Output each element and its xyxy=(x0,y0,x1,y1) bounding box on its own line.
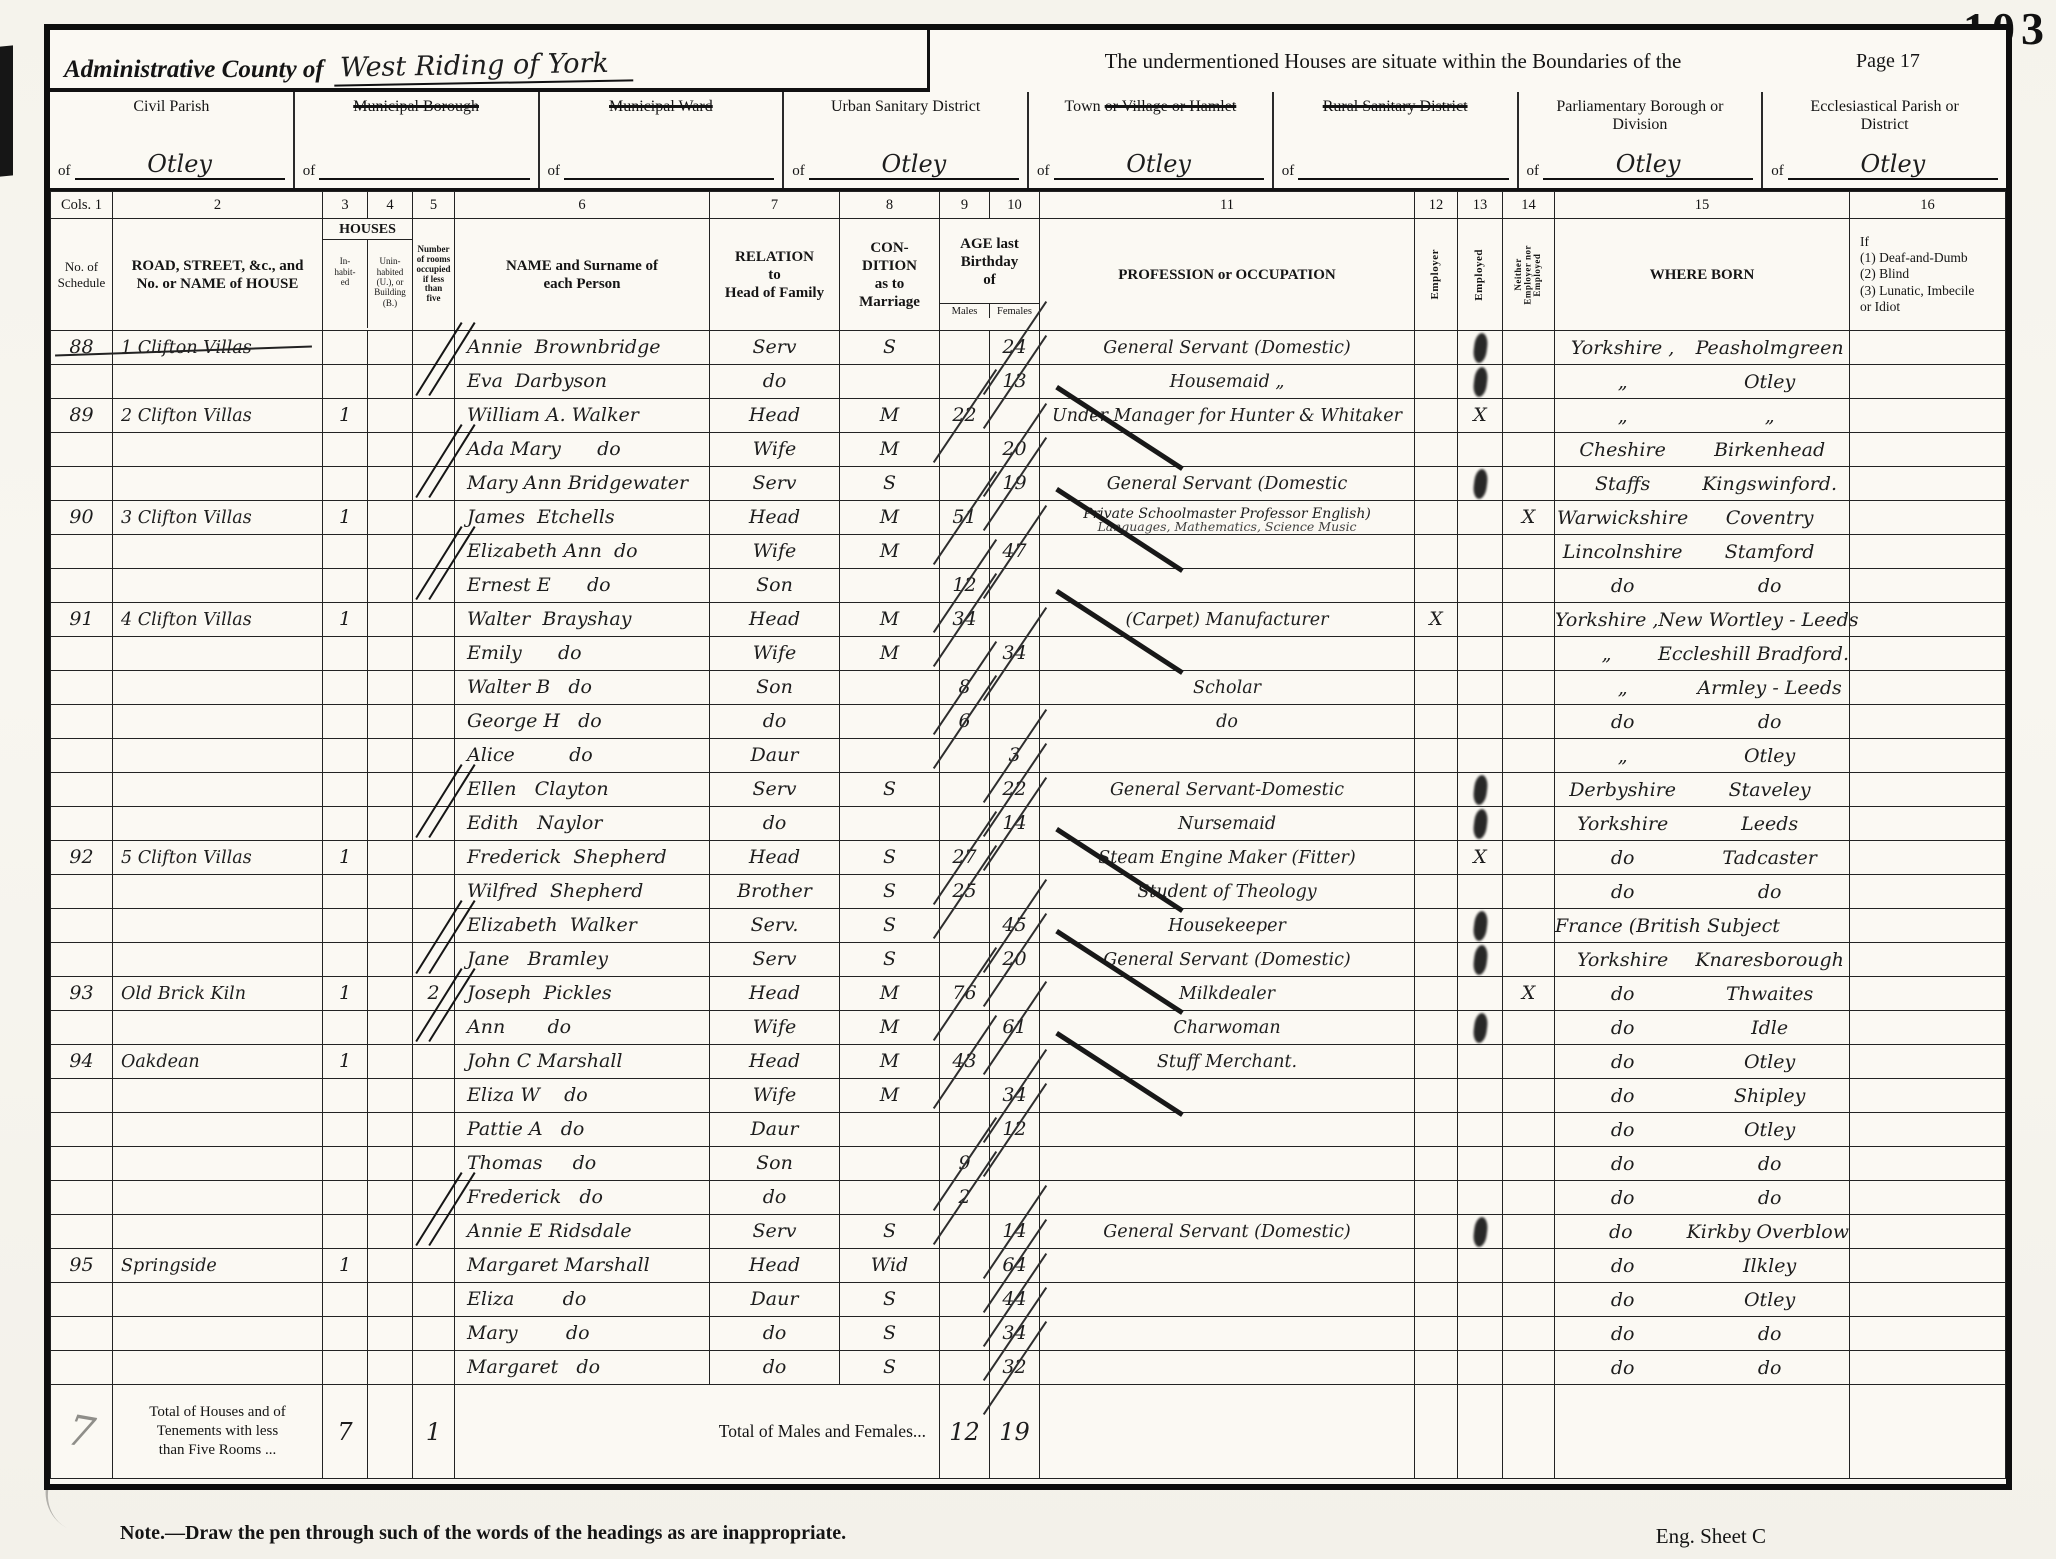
born-wrap: WarwickshireCoventry xyxy=(1555,507,1849,529)
relation-cell-text: do xyxy=(763,370,787,392)
relation-cell-text: Serv xyxy=(752,778,796,800)
condition-cell: S xyxy=(840,467,940,501)
born-place-text: do xyxy=(1690,1187,1849,1209)
infirmity-cell xyxy=(1850,1249,2006,1283)
inhabited-cell xyxy=(323,1351,368,1385)
rooms-cell xyxy=(413,909,455,943)
age-male-cell-text: 2 xyxy=(958,1186,970,1208)
born-cell: Yorkshire ,Peasholmgreen xyxy=(1555,331,1850,365)
of-label: of xyxy=(303,163,316,180)
person-row: Frederick dodo2dodo xyxy=(51,1181,2006,1215)
born-place-text: Knaresborough xyxy=(1690,949,1849,971)
colnum-11: 11 xyxy=(1040,192,1415,219)
born-wrap: DerbyshireStaveley xyxy=(1555,779,1849,801)
occupation-cell: Under Manager for Hunter & Whitaker xyxy=(1040,399,1415,433)
age-female-cell-text: 32 xyxy=(1002,1356,1026,1378)
relation-cell-text: Son xyxy=(756,676,793,698)
born-wrap: „Otley xyxy=(1555,745,1849,767)
household-separator-mark xyxy=(417,964,447,974)
occupation-cell-text: Scholar xyxy=(1193,678,1261,698)
district-cell-3: Urban Sanitary DistrictofOtley xyxy=(784,92,1029,188)
totals-row: 7 Total of Houses and of Tenements with … xyxy=(51,1385,2006,1479)
neither-cell xyxy=(1503,535,1555,569)
occupation-cell xyxy=(1040,1351,1415,1385)
district-value: Otley xyxy=(75,150,285,178)
employer-cell xyxy=(1415,1079,1458,1113)
relation-cell: do xyxy=(710,1317,840,1351)
condition-cell: S xyxy=(840,943,940,977)
person-row: Walter B doSon8Scholar„Armley - Leeds xyxy=(51,671,2006,705)
age-male-cell-text: 25 xyxy=(952,880,976,902)
age-male-cell-text: 76 xyxy=(952,982,976,1004)
infirmity-cell xyxy=(1850,875,2006,909)
relation-cell-text: Son xyxy=(756,574,793,596)
colnum-16: 16 xyxy=(1850,192,2006,219)
condition-cell: Wid xyxy=(840,1249,940,1283)
age-female-cell: 44 xyxy=(990,1283,1040,1317)
born-place-text: Staveley xyxy=(1690,779,1849,801)
age-male-cell: 12 xyxy=(940,569,990,603)
rooms-cell xyxy=(413,1351,455,1385)
schedule-cell xyxy=(51,739,113,773)
house-cell xyxy=(113,739,323,773)
house-cell xyxy=(113,1215,323,1249)
house-cell xyxy=(113,1113,323,1147)
age-female-cell xyxy=(990,501,1040,535)
age-male-cell: 76 xyxy=(940,977,990,1011)
relation-cell: Daur xyxy=(710,1283,840,1317)
born-place-text: do xyxy=(1690,1323,1849,1345)
age-female-cell: 13 xyxy=(990,365,1040,399)
occupation-cell: Housekeeper xyxy=(1040,909,1415,943)
born-cell: CheshireBirkenhead xyxy=(1555,433,1850,467)
employed-cell xyxy=(1458,1215,1503,1249)
born-place-text: Eccleshill Bradford. xyxy=(1658,643,1849,665)
age-male-cell: 6 xyxy=(940,705,990,739)
relation-cell: Head xyxy=(710,977,840,1011)
born-place-text: do xyxy=(1690,575,1849,597)
born-county-text: do xyxy=(1555,1289,1690,1311)
occupation-cell: (Carpet) Manufacturer xyxy=(1040,603,1415,637)
occupation-cell: Housemaid „ xyxy=(1040,365,1415,399)
relation-cell-text: Head xyxy=(749,1050,800,1072)
born-cell: doOtley xyxy=(1555,1045,1850,1079)
person-row: Wilfred ShepherdBrotherS25Student of The… xyxy=(51,875,2006,909)
inhabited-cell-text: 1 xyxy=(339,404,351,426)
age-male-cell xyxy=(940,365,990,399)
born-place-text: Otley xyxy=(1690,1051,1849,1073)
relation-cell-text: Serv xyxy=(752,948,796,970)
born-cell: doOtley xyxy=(1555,1113,1850,1147)
occupation-cell-text: Housekeeper xyxy=(1168,916,1286,936)
relation-cell: Head xyxy=(710,1045,840,1079)
colnum-8: 8 xyxy=(840,192,940,219)
colnum-3: 3 xyxy=(323,192,368,219)
age-female-cell: 32 xyxy=(990,1351,1040,1385)
born-wrap: doOtley xyxy=(1555,1051,1849,1073)
schedule-cell xyxy=(51,1113,113,1147)
schedule-cell xyxy=(51,1317,113,1351)
neither-cell xyxy=(1503,331,1555,365)
household-separator-mark xyxy=(417,1236,447,1246)
inhabited-cell xyxy=(323,1079,368,1113)
uninhabited-cell xyxy=(368,943,413,977)
colnum-5: 5 xyxy=(413,192,455,219)
house-cell xyxy=(113,671,323,705)
occupation-cell xyxy=(1040,1317,1415,1351)
inhabited-cell xyxy=(323,1011,368,1045)
schedule-cell xyxy=(51,467,113,501)
district-of-line: ofOtley xyxy=(792,148,1019,180)
inhabited-cell xyxy=(323,535,368,569)
born-place-text: Otley xyxy=(1690,1119,1849,1141)
infirmity-cell xyxy=(1850,807,2006,841)
relation-cell: do xyxy=(710,1181,840,1215)
rooms-cell xyxy=(413,1249,455,1283)
born-county-text: do xyxy=(1555,1153,1690,1175)
rooms-cell xyxy=(413,705,455,739)
born-place-text: do xyxy=(1690,1357,1849,1379)
relation-cell: Brother xyxy=(710,875,840,909)
age-female-cell-text: 61 xyxy=(1002,1016,1026,1038)
district-value: Otley xyxy=(1543,150,1753,178)
born-cell: dodo xyxy=(1555,569,1850,603)
schedule-cell xyxy=(51,875,113,909)
condition-cell xyxy=(840,671,940,705)
house-cell xyxy=(113,1181,323,1215)
age-female-cell: 20 xyxy=(990,943,1040,977)
born-county-text: do xyxy=(1555,983,1690,1005)
uninhabited-cell xyxy=(368,603,413,637)
house-cell xyxy=(113,365,323,399)
district-label-struck: Municipal Borough xyxy=(353,98,479,115)
uninhabited-cell xyxy=(368,331,413,365)
employer-cell xyxy=(1415,1249,1458,1283)
name-cell-text: Ann do xyxy=(467,1016,571,1038)
occupation-cell-text: General Servant (Domestic) xyxy=(1103,1222,1350,1242)
condition-cell: M xyxy=(840,1011,940,1045)
born-county-text: do xyxy=(1555,881,1690,903)
employer-cell: X xyxy=(1415,603,1458,637)
age-male-cell: 22 xyxy=(940,399,990,433)
schedule-cell xyxy=(51,909,113,943)
district-label: Municipal Borough xyxy=(303,98,530,116)
born-county-text: „ xyxy=(1555,745,1690,767)
born-county-text: Lincolnshire xyxy=(1555,541,1690,563)
condition-cell: M xyxy=(840,433,940,467)
born-place-text xyxy=(1690,915,1849,937)
infirmity-cell xyxy=(1850,1113,2006,1147)
name-cell-text: Ernest E do xyxy=(467,574,611,596)
header-rooms: Number of rooms occupied if less than fi… xyxy=(415,245,452,304)
employed-cell xyxy=(1458,331,1503,365)
district-label: Municipal Ward xyxy=(548,98,775,116)
name-cell-text: Alice do xyxy=(467,744,593,766)
house-cell xyxy=(113,875,323,909)
infirmity-cell xyxy=(1850,705,2006,739)
name-cell-text: Mary do xyxy=(467,1322,590,1344)
name-cell: Pattie A do xyxy=(455,1113,710,1147)
occupation-cell-text: Housemaid „ xyxy=(1170,372,1285,392)
age-male-cell xyxy=(940,331,990,365)
enumeration-table: Cols. 1 2 3 4 5 6 7 8 9 10 11 12 13 14 1… xyxy=(50,191,2006,1479)
born-cell: doIdle xyxy=(1555,1011,1850,1045)
born-county-text: do xyxy=(1555,1323,1690,1345)
born-county-text: „ xyxy=(1555,677,1690,699)
of-label: of xyxy=(548,163,561,180)
age-female-cell-text: 34 xyxy=(1002,1322,1026,1344)
born-wrap: doTadcaster xyxy=(1555,847,1849,869)
schedule-cell-text: 91 xyxy=(69,608,93,630)
form-frame: Administrative County of West Riding of … xyxy=(44,24,2012,1490)
born-place-text: Coventry xyxy=(1690,507,1849,529)
employed-cell xyxy=(1458,943,1503,977)
rooms-cell xyxy=(413,1011,455,1045)
occupation-secondary-text: Languages, Mathematics, Science Music xyxy=(1043,519,1411,534)
born-place-text: Ilkley xyxy=(1690,1255,1849,1277)
occupation-cell-text: General Servant (Domestic) xyxy=(1103,950,1350,970)
age-female-cell: 34 xyxy=(990,637,1040,671)
employed-cell xyxy=(1458,705,1503,739)
totals-rooms-value: 1 xyxy=(426,1418,441,1446)
district-of-line: ofOtley xyxy=(1771,148,1998,180)
uninhabited-cell xyxy=(368,1249,413,1283)
name-cell-text: Frederick do xyxy=(467,1186,603,1208)
relation-cell-text: Daur xyxy=(751,1288,799,1310)
form-subtitle: The undermentioned Houses are situate wi… xyxy=(1105,49,1682,74)
relation-cell-text: Wife xyxy=(753,642,797,664)
uninhabited-cell xyxy=(368,1147,413,1181)
relation-cell: Head xyxy=(710,501,840,535)
name-cell: Ada Mary do xyxy=(455,433,710,467)
born-cell: StaffsKingswinford. xyxy=(1555,467,1850,501)
admin-county-box: Administrative County of West Riding of … xyxy=(50,30,930,92)
neither-cell xyxy=(1503,841,1555,875)
infirmity-cell xyxy=(1850,1181,2006,1215)
employed-cell xyxy=(1458,1079,1503,1113)
employer-cell xyxy=(1415,467,1458,501)
age-female-cell-text: 44 xyxy=(1002,1288,1026,1310)
totals-houses-value: 7 xyxy=(337,1418,352,1446)
age-female-cell-text: 19 xyxy=(1002,472,1026,494)
relation-cell-text: Brother xyxy=(737,880,812,902)
page-number: Page 17 xyxy=(1856,30,2006,92)
uninhabited-cell xyxy=(368,1215,413,1249)
colnum-10: 10 xyxy=(990,192,1040,219)
person-row: Emily doWifeM34„Eccleshill Bradford. xyxy=(51,637,2006,671)
age-female-cell: 24 xyxy=(990,331,1040,365)
name-cell-text: Ellen Clayton xyxy=(467,778,609,800)
name-cell: Mary do xyxy=(455,1317,710,1351)
inhabited-cell: 1 xyxy=(323,841,368,875)
born-place-text: Peasholmgreen xyxy=(1690,337,1849,359)
person-row: Thomas doSon9dodo xyxy=(51,1147,2006,1181)
occupation-cell: General Servant (Domestic) xyxy=(1040,943,1415,977)
schedule-cell: 92 xyxy=(51,841,113,875)
household-separator-mark xyxy=(417,590,447,600)
rooms-cell xyxy=(413,1181,455,1215)
relation-cell-text: Head xyxy=(749,404,800,426)
inhabited-cell: 1 xyxy=(323,1045,368,1079)
district-label-text: Town xyxy=(1064,98,1104,115)
employed-cell-text: X xyxy=(1473,846,1487,868)
totals-empty-empd xyxy=(1458,1385,1503,1479)
age-male-cell-text: 34 xyxy=(952,608,976,630)
name-cell-text: Emily do xyxy=(467,642,582,664)
uninhabited-cell xyxy=(368,739,413,773)
relation-cell: Head xyxy=(710,1249,840,1283)
employer-cell xyxy=(1415,1113,1458,1147)
age-male-cell xyxy=(940,1011,990,1045)
district-label: Urban Sanitary District xyxy=(792,98,1019,116)
neither-cell xyxy=(1503,1113,1555,1147)
inhabited-cell: 1 xyxy=(323,399,368,433)
name-cell-text: Eliza W do xyxy=(467,1084,588,1106)
born-cell: doOtley xyxy=(1555,1283,1850,1317)
born-cell: „„ xyxy=(1555,399,1850,433)
rooms-cell xyxy=(413,637,455,671)
age-female-cell: 61 xyxy=(990,1011,1040,1045)
employer-cell-text: X xyxy=(1429,608,1443,630)
born-wrap: dodo xyxy=(1555,1357,1849,1379)
born-place-text: Tadcaster xyxy=(1690,847,1849,869)
born-wrap: „Armley - Leeds xyxy=(1555,677,1849,699)
born-cell: dodo xyxy=(1555,1147,1850,1181)
employed-cell xyxy=(1458,1181,1503,1215)
employed-cell xyxy=(1458,1011,1503,1045)
name-cell: Walter Brayshay xyxy=(455,603,710,637)
relation-cell: Head xyxy=(710,841,840,875)
district-band: Civil ParishofOtleyMunicipal BoroughofMu… xyxy=(50,92,2006,191)
neither-cell xyxy=(1503,399,1555,433)
district-cell-5: Rural Sanitary Districtof xyxy=(1274,92,1519,188)
employer-cell xyxy=(1415,1351,1458,1385)
person-row: 881 Clifton VillasAnnie BrownbridgeServS… xyxy=(51,331,2006,365)
occupation-cell: Private Schoolmaster Professor English)L… xyxy=(1040,501,1415,535)
employed-cell xyxy=(1458,569,1503,603)
name-cell-text: Annie Brownbridge xyxy=(467,336,660,358)
born-place-text: Thwaites xyxy=(1690,983,1849,1005)
condition-cell: S xyxy=(840,875,940,909)
infirmity-cell xyxy=(1850,841,2006,875)
neither-cell xyxy=(1503,807,1555,841)
uninhabited-cell xyxy=(368,535,413,569)
age-female-cell xyxy=(990,977,1040,1011)
occupation-cell: General Servant (Domestic) xyxy=(1040,331,1415,365)
born-place-text: do xyxy=(1690,1153,1849,1175)
district-rule: Otley xyxy=(1543,148,1753,180)
relation-cell-text: Wife xyxy=(753,1084,797,1106)
rooms-cell xyxy=(413,467,455,501)
born-county-text: Warwickshire xyxy=(1555,507,1690,529)
totals-females-value: 19 xyxy=(999,1418,1030,1446)
uninhabited-cell xyxy=(368,569,413,603)
age-female-cell-text: 3 xyxy=(1008,744,1020,766)
occupation-cell-text: Nursemaid xyxy=(1178,814,1276,834)
age-male-cell-text: 12 xyxy=(952,574,976,596)
age-male-cell xyxy=(940,773,990,807)
neither-cell-text: X xyxy=(1522,506,1536,528)
employer-cell xyxy=(1415,569,1458,603)
admin-county-value: West Riding of York xyxy=(333,47,632,86)
district-of-line: of xyxy=(303,148,530,180)
occupation-cell: General Servant (Domestic) xyxy=(1040,1215,1415,1249)
relation-cell-text: do xyxy=(763,710,787,732)
born-cell: „Otley xyxy=(1555,739,1850,773)
condition-cell-text: M xyxy=(880,642,899,664)
rooms-cell xyxy=(413,1215,455,1249)
district-value: Otley xyxy=(809,150,1019,178)
uninhabited-cell xyxy=(368,773,413,807)
born-cell: YorkshireKnaresborough xyxy=(1555,943,1850,977)
occupation-cell: Steam Engine Maker (Fitter) xyxy=(1040,841,1415,875)
condition-cell xyxy=(840,739,940,773)
totals-houses-label: Total of Houses and of Tenements with le… xyxy=(116,1403,319,1459)
district-label: Ecclesiastical Parish or District xyxy=(1771,98,1998,135)
district-cell-7: Ecclesiastical Parish or DistrictofOtley xyxy=(1763,92,2006,188)
age-female-cell-text: 34 xyxy=(1002,642,1026,664)
employed-cell xyxy=(1458,739,1503,773)
employed-cell xyxy=(1458,603,1503,637)
totals-pencil-cell: 7 xyxy=(51,1385,113,1479)
house-cell xyxy=(113,467,323,501)
employed-cell xyxy=(1458,1249,1503,1283)
person-row: 892 Clifton Villas1William A. WalkerHead… xyxy=(51,399,2006,433)
age-female-cell: 34 xyxy=(990,1079,1040,1113)
uninhabited-cell xyxy=(368,671,413,705)
name-cell-text: Margaret Marshall xyxy=(467,1254,650,1276)
employer-cell xyxy=(1415,841,1458,875)
schedule-cell: 91 xyxy=(51,603,113,637)
totals-houses-value-cell: 7 xyxy=(323,1385,368,1479)
condition-cell xyxy=(840,569,940,603)
condition-cell-text: S xyxy=(883,1220,896,1242)
district-rule: Otley xyxy=(75,148,285,180)
condition-cell-text: S xyxy=(883,846,896,868)
relation-cell: Wife xyxy=(710,1011,840,1045)
house-cell-text: 5 Clifton Villas xyxy=(121,848,252,868)
age-female-cell-text: 20 xyxy=(1002,948,1026,970)
uninhabited-cell xyxy=(368,1317,413,1351)
neither-cell: X xyxy=(1503,977,1555,1011)
occupation-cell-text: (Carpet) Manufacturer xyxy=(1126,610,1329,630)
born-cell: „Armley - Leeds xyxy=(1555,671,1850,705)
rooms-cell xyxy=(413,807,455,841)
district-label-text: Ecclesiastical Parish or District xyxy=(1810,98,1958,133)
header-road: ROAD, STREET, &c., and No. or NAME of HO… xyxy=(115,257,320,293)
name-cell: Eliza do xyxy=(455,1283,710,1317)
age-male-cell xyxy=(940,467,990,501)
district-label: Parliamentary Borough or Division xyxy=(1527,98,1754,135)
age-female-cell xyxy=(990,875,1040,909)
uninhabited-cell xyxy=(368,705,413,739)
neither-cell xyxy=(1503,671,1555,705)
born-place-text: New Wortley - Leeds xyxy=(1658,609,1858,631)
relation-cell-text: Serv xyxy=(752,336,796,358)
born-county-text: Yorkshire , xyxy=(1555,609,1658,631)
condition-cell-text: Wid xyxy=(871,1254,908,1276)
infirmity-cell xyxy=(1850,1147,2006,1181)
house-cell xyxy=(113,807,323,841)
born-cell: doShipley xyxy=(1555,1079,1850,1113)
house-cell-text: Oakdean xyxy=(121,1052,200,1072)
relation-cell: do xyxy=(710,365,840,399)
schedule-cell: 93 xyxy=(51,977,113,1011)
occupation-cell xyxy=(1040,1113,1415,1147)
district-cell-1: Municipal Boroughof xyxy=(295,92,540,188)
household-separator-mark xyxy=(417,828,447,838)
house-cell xyxy=(113,1147,323,1181)
